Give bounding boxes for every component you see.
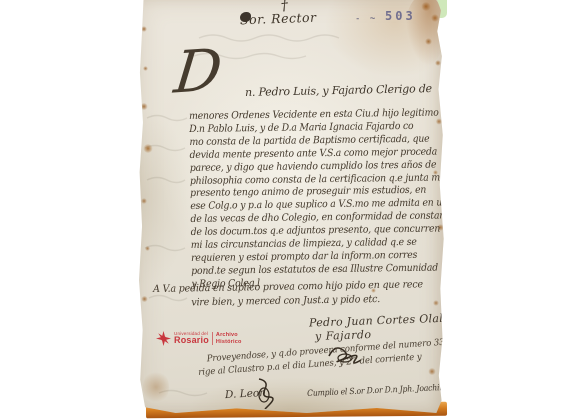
archive-watermark-logo: Universidad del Rosario Archivo Históric…	[156, 331, 242, 346]
university-name: Universidad del Rosario	[174, 332, 209, 346]
decree-rubric-flourish	[251, 375, 277, 409]
manuscript-body: menores Ordenes Vecidente en esta Ciu.d …	[189, 107, 455, 291]
petition-closing: A V.a pedida en suplico provea como hijo…	[153, 278, 423, 310]
manuscript-page: † Sor. Rector - ~ 503 D n. Pedro Luis, y…	[139, 0, 444, 413]
stamp-tick-marks: - ~	[355, 14, 377, 24]
folio-number-stamp: 503	[385, 9, 416, 23]
rust-stain	[143, 370, 169, 404]
logo-divider	[212, 332, 213, 345]
university-name-bottom: Rosario	[174, 336, 209, 345]
manuscript-photo: † Sor. Rector - ~ 503 D n. Pedro Luis, y…	[0, 0, 580, 420]
archive-name: Archivo Histórico	[216, 332, 242, 345]
addressee-heading: Sor. Rector	[240, 10, 317, 28]
drop-cap-initial: D	[172, 40, 225, 101]
rosario-rosette-icon	[156, 331, 171, 346]
archive-name-line2: Histórico	[216, 339, 242, 345]
